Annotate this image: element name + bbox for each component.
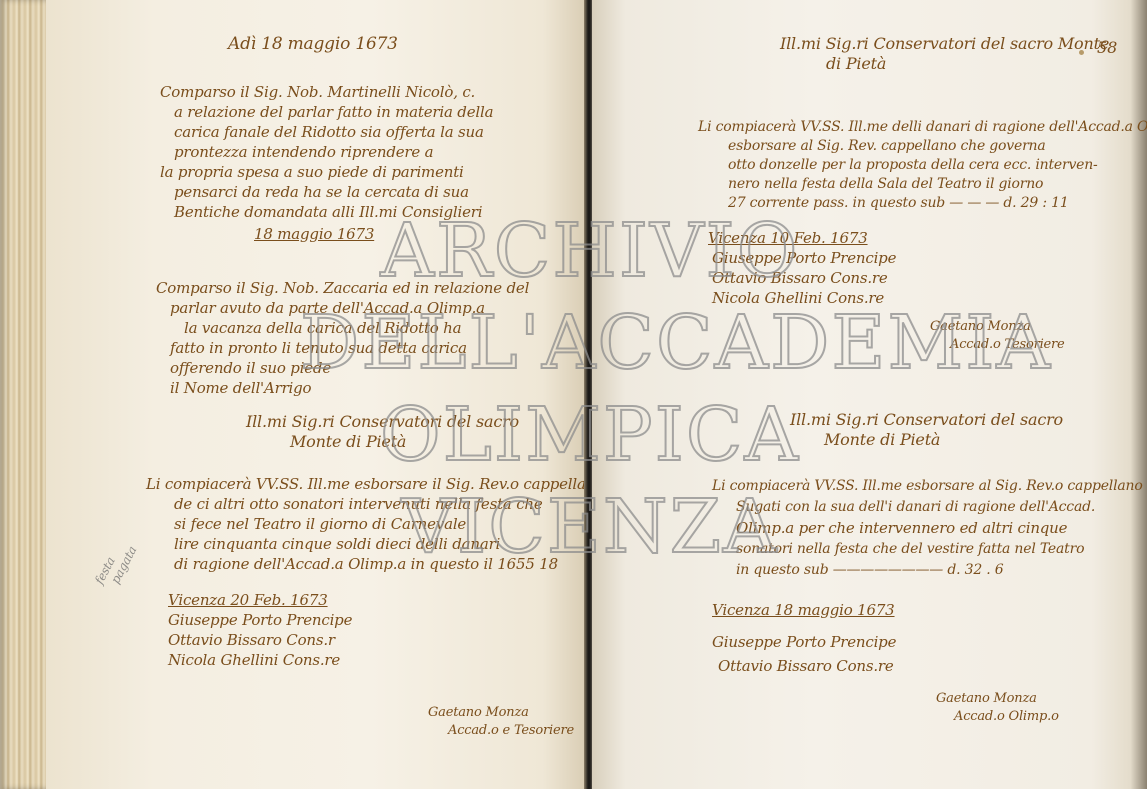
right-entry-2-signatures: Vicenza 18 maggio 1673 Giuseppe Porto Pr… xyxy=(712,598,896,678)
entry-line: pensarci da reda ha se la cercata di sua xyxy=(160,182,493,202)
right-entry-1-signatures: Vicenza 10 Feb. 1673 Giuseppe Porto Pren… xyxy=(708,228,896,308)
right-treasurer-1: Gaetano Monza Accad.o Tesoriere xyxy=(930,318,1065,354)
left-header-date: Adì 18 maggio 1673 xyxy=(228,34,398,54)
entry-line: sonatori nella festa che del vestire fat… xyxy=(712,539,1143,560)
bleed-through-text xyxy=(60,40,64,58)
entry-line: otto donzelle per la proposta della cera… xyxy=(698,156,1147,175)
entry-line: Sugati con la sua dell'i danari di ragio… xyxy=(712,497,1143,518)
entry-line: nero nella festa della Sala del Teatro i… xyxy=(698,175,1147,194)
left-treasurer-signature: Gaetano Monza Accad.o e Tesoriere xyxy=(428,704,574,740)
right-heading-2: Ill.mi Sig.ri Conservatori del sacro Mon… xyxy=(790,410,1063,450)
entry-line: in questo sub ———————— d. 32 . 6 xyxy=(712,560,1143,581)
left-entry-2: Comparso il Sig. Nob. Zaccaria ed in rel… xyxy=(156,278,529,398)
right-heading: Ill.mi Sig.ri Conservatori del sacro Mon… xyxy=(780,34,1109,74)
left-heading: Ill.mi Sig.ri Conservatori del sacro Mon… xyxy=(246,412,519,452)
signature: Giuseppe Porto Prencipe xyxy=(712,630,896,654)
entry-line: Olimp.a per che intervennero ed altri ci… xyxy=(712,518,1143,539)
entry-line: carica fanale del Ridotto sia offerta la… xyxy=(160,122,493,142)
right-treasurer-2: Gaetano Monza Accad.o Olimp.o xyxy=(936,690,1059,726)
entry-date: Vicenza 18 maggio 1673 xyxy=(712,598,896,622)
signature: Ottavio Bissaro Cons.re xyxy=(712,654,896,678)
entry-line: Li compiacerà VV.SS. Ill.me delli danari… xyxy=(698,118,1147,137)
entry-line: a relazione del parlar fatto in materia … xyxy=(160,102,493,122)
signature: Nicola Ghellini Cons.re xyxy=(168,650,352,670)
entry-line: Comparso il Sig. Nob. Zaccaria ed in rel… xyxy=(156,278,529,298)
left-entry-1-date: 18 maggio 1673 xyxy=(254,224,374,244)
right-entry-1: Li compiacerà VV.SS. Ill.me delli danari… xyxy=(698,118,1147,213)
left-entry-1: Comparso il Sig. Nob. Martinelli Nicolò,… xyxy=(160,82,493,222)
entry-line: offerendo il suo piede xyxy=(156,358,529,378)
entry-date: Vicenza 20 Feb. 1673 xyxy=(168,590,352,610)
entry-line: di ragione dell'Accad.a Olimp.a in quest… xyxy=(146,554,604,574)
left-entry-3: Li compiacerà VV.SS. Ill.me esborsare il… xyxy=(146,474,604,574)
entry-line: Bentiche domandata alli Ill.mi Consiglie… xyxy=(160,202,493,222)
entry-line: lire cinquanta cinque soldi dieci delli … xyxy=(146,534,604,554)
entry-line: parlar avuto da parte dell'Accad.a Olimp… xyxy=(156,298,529,318)
right-entry-2: Li compiacerà VV.SS. Ill.me esborsare al… xyxy=(712,476,1143,581)
entry-line: Li compiacerà VV.SS. Ill.me esborsare il… xyxy=(146,474,604,494)
entry-line: Comparso il Sig. Nob. Martinelli Nicolò,… xyxy=(160,82,493,102)
entry-line: Li compiacerà VV.SS. Ill.me esborsare al… xyxy=(712,476,1143,497)
book-fore-edge xyxy=(0,0,47,789)
entry-line: si fece nel Teatro il giorno di Carneval… xyxy=(146,514,604,534)
signature: Giuseppe Porto Prencipe xyxy=(708,248,896,268)
header-date-text: Adì 18 maggio 1673 xyxy=(228,34,398,54)
entry-line: 27 corrente pass. in questo sub — — — d.… xyxy=(698,194,1147,213)
entry-line: de ci altri otto sonatori intervenuti ne… xyxy=(146,494,604,514)
signature: Ottavio Bissaro Cons.re xyxy=(708,268,896,288)
entry-line: il Nome dell'Arrigo xyxy=(156,378,529,398)
entry-line: fatto in pronto li tenuto sua detta cari… xyxy=(156,338,529,358)
entry-line: la propria spesa a suo piede di pariment… xyxy=(160,162,493,182)
signature: Ottavio Bissaro Cons.r xyxy=(168,630,352,650)
signature: Nicola Ghellini Cons.re xyxy=(708,288,896,308)
left-entry-3-signatures: Vicenza 20 Feb. 1673 Giuseppe Porto Pren… xyxy=(168,590,352,670)
entry-line: esborsare al Sig. Rev. cappellano che go… xyxy=(698,137,1147,156)
signature: Giuseppe Porto Prencipe xyxy=(168,610,352,630)
entry-date: Vicenza 10 Feb. 1673 xyxy=(708,228,896,248)
entry-line: prontezza intendendo riprendere a xyxy=(160,142,493,162)
entry-line: la vacanza della carica del Ridotto ha xyxy=(156,318,529,338)
manuscript-spread: Adì 18 maggio 1673 Comparso il Sig. Nob.… xyxy=(0,0,1147,789)
